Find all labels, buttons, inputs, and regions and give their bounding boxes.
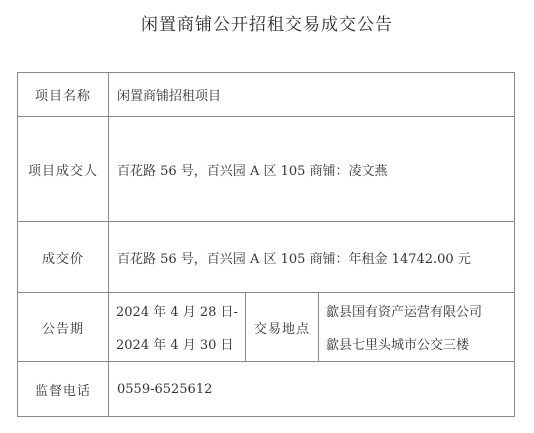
page-title: 闲置商铺公开招租交易成交公告 xyxy=(0,10,534,35)
phone-label: 监督电话 xyxy=(18,362,109,416)
row-project-name: 项目名称 闲置商铺招租项目 xyxy=(18,73,514,117)
location-line-1: 歙县国有资产运营有限公司 xyxy=(326,301,482,320)
price-label: 成交价 xyxy=(18,222,109,292)
notice-period-dates: 2024 年 4 月 28 日- 2024 年 4 月 30 日 xyxy=(109,293,246,361)
notice-date-start: 2024 年 4 月 28 日- xyxy=(116,301,238,320)
location-label: 交易地点 xyxy=(246,293,319,361)
row-phone: 监督电话 0559-6525612 xyxy=(18,362,514,416)
location-line-2: 歙县七里头城市公交三楼 xyxy=(326,334,469,353)
winner-value: 百花路 56 号，百兴园 A 区 105 商铺：凌文燕 xyxy=(109,117,514,221)
notice-period-label: 公告期 xyxy=(18,293,109,361)
notice-date-end: 2024 年 4 月 30 日 xyxy=(116,334,234,353)
project-name-label: 项目名称 xyxy=(18,73,109,116)
price-value: 百花路 56 号，百兴园 A 区 105 商铺：年租金 14742.00 元 xyxy=(109,222,514,292)
row-winner: 项目成交人 百花路 56 号，百兴园 A 区 105 商铺：凌文燕 xyxy=(18,117,514,222)
row-price: 成交价 百花路 56 号，百兴园 A 区 105 商铺：年租金 14742.00… xyxy=(18,222,514,293)
phone-value: 0559-6525612 xyxy=(109,362,514,416)
announcement-table: 项目名称 闲置商铺招租项目 项目成交人 百花路 56 号，百兴园 A 区 105… xyxy=(17,72,515,417)
winner-label: 项目成交人 xyxy=(18,117,109,221)
location-value: 歙县国有资产运营有限公司 歙县七里头城市公交三楼 xyxy=(319,293,514,361)
row-notice-period: 公告期 2024 年 4 月 28 日- 2024 年 4 月 30 日 交易地… xyxy=(18,293,514,362)
project-name-value: 闲置商铺招租项目 xyxy=(109,73,514,116)
